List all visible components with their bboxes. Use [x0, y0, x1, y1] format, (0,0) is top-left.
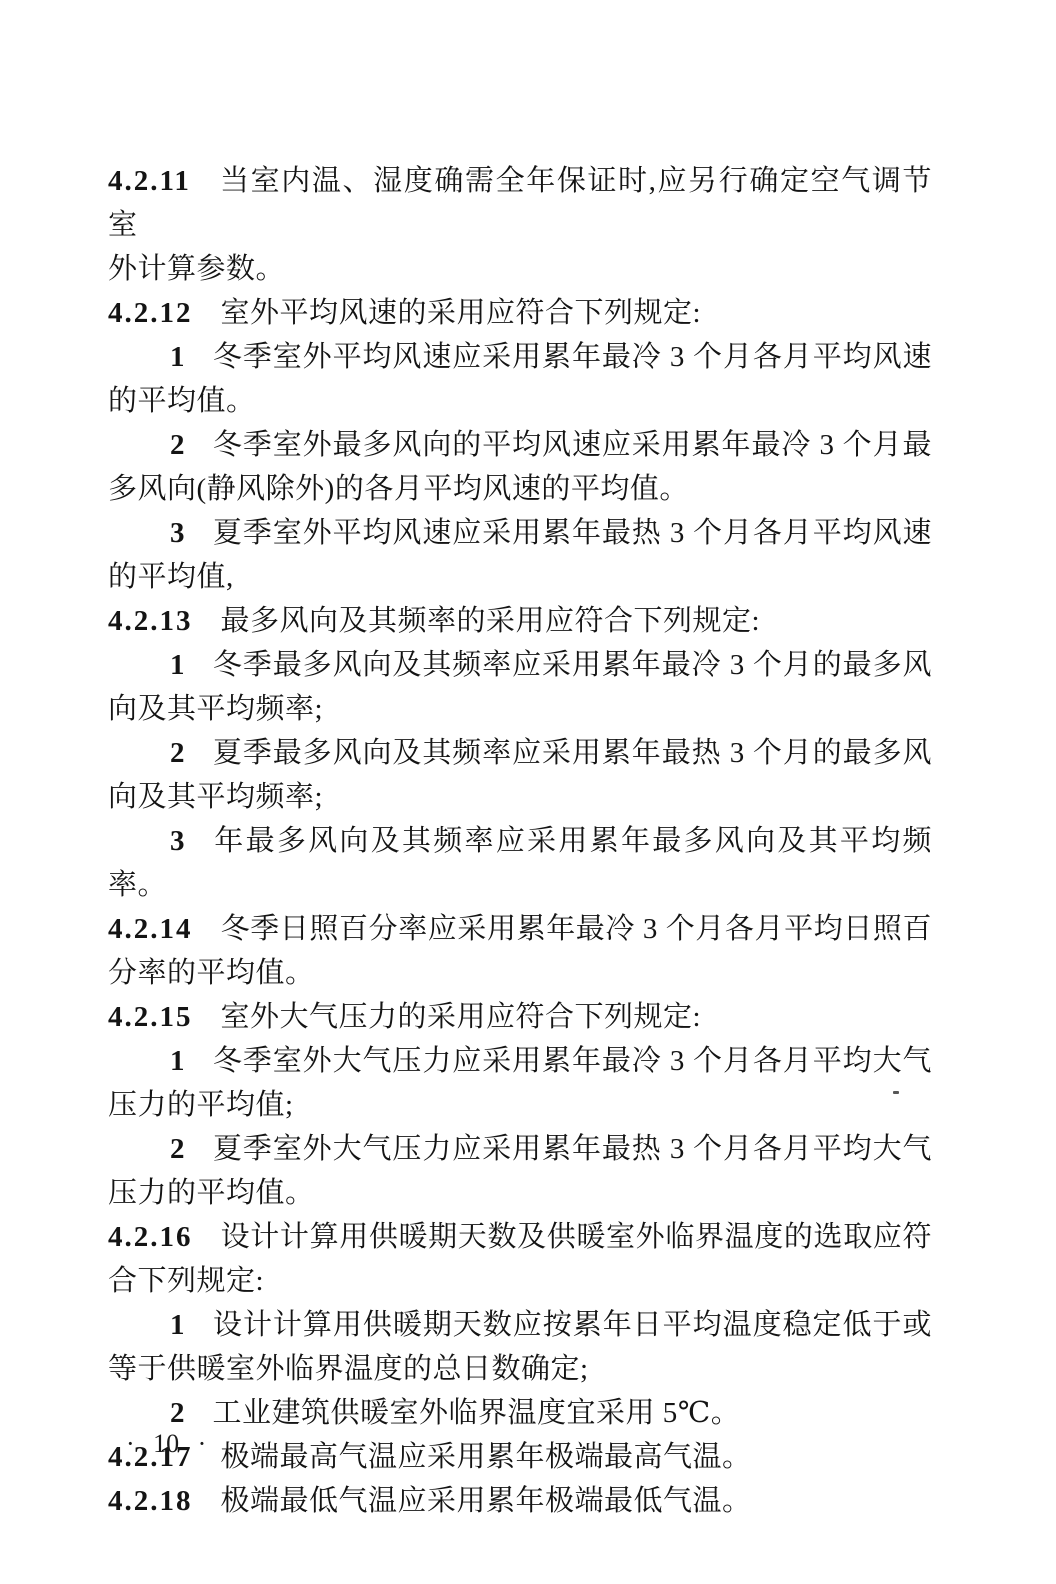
item-number: 1 — [170, 1045, 187, 1077]
continuation-line: 等于供暖室外临界温度的总日数确定; — [108, 1347, 932, 1391]
item-first-line: 3夏季室外平均风速应采用累年最热 3 个月各月平均风速 — [108, 511, 932, 555]
clause-number: 4.2.15 — [108, 1001, 193, 1033]
line-text: 冬季室外最多风向的平均风速应采用累年最冷 3 个月最 — [213, 429, 933, 461]
line-text: 冬季室外平均风速应采用累年最冷 3 个月各月平均风速 — [213, 341, 933, 373]
clause-number: 4.2.12 — [108, 297, 193, 329]
item-indent — [108, 761, 170, 762]
line-text: 最多风向及其频率的采用应符合下列规定: — [221, 605, 761, 637]
item-indent — [108, 1421, 170, 1422]
clause-first-line: 4.2.13最多风向及其频率的采用应符合下列规定: — [108, 599, 932, 643]
line-text: 夏季最多风向及其频率应采用累年最热 3 个月的最多风 — [213, 737, 933, 769]
item-number: 2 — [170, 1397, 187, 1429]
item-first-line: 2工业建筑供暖室外临界温度宜采用 5℃。 — [108, 1391, 932, 1435]
continuation-line: 向及其平均频率; — [108, 687, 932, 731]
line-text: 设计计算用供暖期天数及供暖室外临界温度的选取应符 — [221, 1221, 933, 1253]
item-number: 1 — [170, 649, 187, 681]
line-text: 室外大气压力的采用应符合下列规定: — [221, 1001, 702, 1033]
clause-first-line: 4.2.12室外平均风速的采用应符合下列规定: — [108, 291, 932, 335]
item-first-line: 2冬季室外最多风向的平均风速应采用累年最冷 3 个月最 — [108, 423, 932, 467]
clause-first-line: 4.2.18极端最低气温应采用累年极端最低气温。 — [108, 1479, 932, 1523]
line-text: 设计计算用供暖期天数应按累年日平均温度稳定低于或 — [213, 1309, 933, 1341]
continuation-line: 的平均值。 — [108, 379, 932, 423]
clause-number: 4.2.16 — [108, 1221, 193, 1253]
clause-first-line: 4.2.15室外大气压力的采用应符合下列规定: — [108, 995, 932, 1039]
document-page: 4.2.11当室内温、湿度确需全年保证时,应另行确定空气调节室外计算参数。4.2… — [0, 0, 1056, 1584]
line-text: 年最多风向及其频率应采用累年最多风向及其平均频率。 — [108, 825, 932, 901]
continuation-line: 压力的平均值。 — [108, 1171, 932, 1215]
clause-number: 4.2.13 — [108, 605, 193, 637]
item-indent — [108, 849, 170, 850]
scan-speck — [893, 1091, 899, 1094]
item-first-line: 1冬季室外大气压力应采用累年最冷 3 个月各月平均大气 — [108, 1039, 932, 1083]
line-text: 极端最高气温应采用累年极端最高气温。 — [221, 1441, 752, 1473]
clause-number: 4.2.11 — [108, 165, 191, 197]
item-indent — [108, 673, 170, 674]
clause-number: 4.2.14 — [108, 913, 193, 945]
continuation-line: 多风向(静风除外)的各月平均风速的平均值。 — [108, 467, 932, 511]
continuation-line: 向及其平均频率; — [108, 775, 932, 819]
item-number: 2 — [170, 1133, 187, 1165]
line-text: 夏季室外平均风速应采用累年最热 3 个月各月平均风速 — [213, 517, 933, 549]
item-first-line: 2夏季室外大气压力应采用累年最热 3 个月各月平均大气 — [108, 1127, 932, 1171]
continuation-line: 分率的平均值。 — [108, 951, 932, 995]
line-text: 冬季最多风向及其频率应采用累年最冷 3 个月的最多风 — [213, 649, 933, 681]
item-indent — [108, 365, 170, 366]
line-text: 室外平均风速的采用应符合下列规定: — [221, 297, 702, 329]
clause-first-line: 4.2.17极端最高气温应采用累年极端最高气温。 — [108, 1435, 932, 1479]
item-indent — [108, 541, 170, 542]
continuation-line: 的平均值, — [108, 555, 932, 599]
item-indent — [108, 1069, 170, 1070]
continuation-line: 外计算参数。 — [108, 247, 932, 291]
item-indent — [108, 1333, 170, 1334]
item-number: 3 — [170, 517, 187, 549]
item-number: 2 — [170, 737, 187, 769]
continuation-line: 压力的平均值; — [108, 1083, 932, 1127]
item-number: 1 — [170, 341, 187, 373]
line-text: 当室内温、湿度确需全年保证时,应另行确定空气调节室 — [108, 165, 932, 241]
item-first-line: 2夏季最多风向及其频率应采用累年最热 3 个月的最多风 — [108, 731, 932, 775]
item-first-line: 3年最多风向及其频率应采用累年最多风向及其平均频率。 — [108, 819, 932, 907]
line-text: 极端最低气温应采用累年极端最低气温。 — [221, 1485, 752, 1517]
item-number: 2 — [170, 429, 187, 461]
item-first-line: 1设计计算用供暖期天数应按累年日平均温度稳定低于或 — [108, 1303, 932, 1347]
item-number: 3 — [170, 825, 187, 857]
page-number: · 10 · — [126, 1428, 206, 1460]
clause-first-line: 4.2.16设计计算用供暖期天数及供暖室外临界温度的选取应符 — [108, 1215, 932, 1259]
document-body: 4.2.11当室内温、湿度确需全年保证时,应另行确定空气调节室外计算参数。4.2… — [108, 159, 932, 1523]
line-text: 工业建筑供暖室外临界温度宜采用 5℃。 — [213, 1397, 741, 1429]
line-text: 冬季日照百分率应采用累年最冷 3 个月各月平均日照百 — [221, 913, 933, 945]
item-first-line: 1冬季室外平均风速应采用累年最冷 3 个月各月平均风速 — [108, 335, 932, 379]
item-indent — [108, 1157, 170, 1158]
item-indent — [108, 453, 170, 454]
item-first-line: 1冬季最多风向及其频率应采用累年最冷 3 个月的最多风 — [108, 643, 932, 687]
line-text: 夏季室外大气压力应采用累年最热 3 个月各月平均大气 — [213, 1133, 933, 1165]
line-text: 冬季室外大气压力应采用累年最冷 3 个月各月平均大气 — [213, 1045, 933, 1077]
continuation-line: 合下列规定: — [108, 1259, 932, 1303]
item-number: 1 — [170, 1309, 187, 1341]
clause-number: 4.2.18 — [108, 1485, 193, 1517]
clause-first-line: 4.2.14冬季日照百分率应采用累年最冷 3 个月各月平均日照百 — [108, 907, 932, 951]
clause-first-line: 4.2.11当室内温、湿度确需全年保证时,应另行确定空气调节室 — [108, 159, 932, 247]
